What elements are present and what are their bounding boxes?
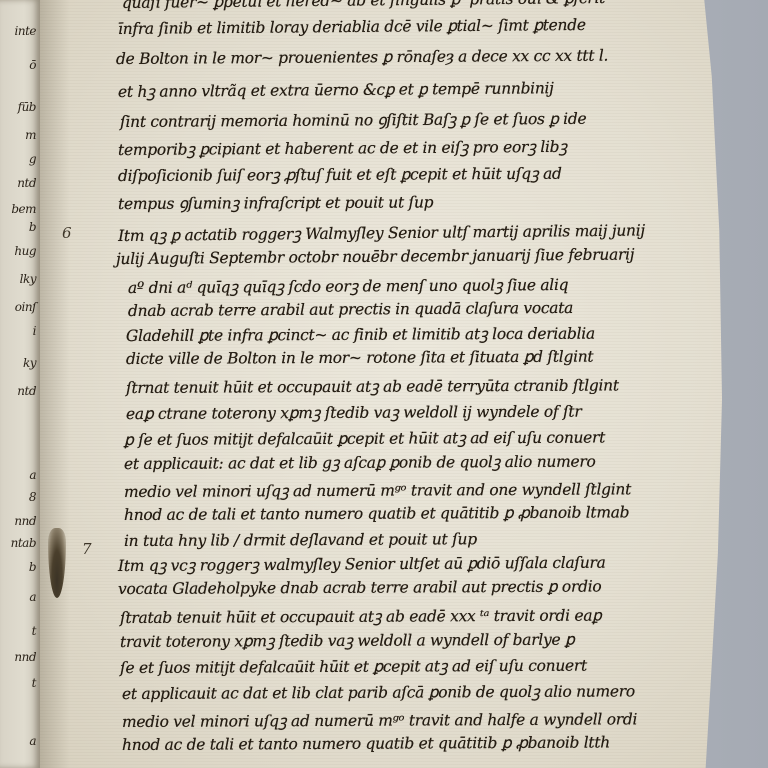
manuscript-line-25: travit toterony xꝑmꝫ ſtedib vaꝫ weldoll … — [120, 628, 575, 652]
left-page-fragment: a — [29, 468, 36, 482]
manuscript-photo: inte ō fūb m g ntd bem b hug lky oinſ i … — [0, 0, 768, 768]
left-page-fragment: m — [25, 128, 36, 142]
left-page-fragment: g — [29, 152, 36, 166]
left-page-fragment: t — [32, 676, 36, 690]
left-page-fragment: nnd — [14, 514, 36, 528]
left-page-fragment: fūb — [18, 100, 36, 114]
manuscript-line-27: et applicauit ac dat et lib clat parib a… — [122, 679, 635, 704]
left-page-fragment: hug — [14, 244, 36, 258]
manuscript-line-4: et hꝫ anno vltrãq et extra ūerno &cꝑ et … — [118, 76, 554, 102]
binding-fold-shadow — [40, 0, 70, 768]
manuscript-line-11: aº dni aᵈ quīqꝫ quīqꝫ ſcdo eorꝫ de menſ … — [128, 273, 568, 298]
left-page-fragment: ntd — [17, 384, 36, 398]
manuscript-line-28: medio vel minori uſqꝫ ad numerū mᵍᵒ trav… — [122, 707, 637, 732]
manuscript-line-18: et applicauit: ac dat et lib gꝫ aſcaꝑ ꝑo… — [124, 450, 596, 474]
margin-number-6: 6 — [62, 224, 72, 242]
manuscript-line-21: in tuta hny lib / drmit deſlavand et pou… — [124, 530, 477, 550]
left-page-fragment: bem — [11, 202, 36, 216]
manuscript-line-3: de Bolton in le mor~ prouenientes ꝑ rōna… — [116, 47, 608, 68]
left-page-fragment: 8 — [29, 490, 36, 504]
manuscript-line-20: hnod ac de tali et tanto numero quatib e… — [124, 503, 629, 524]
manuscript-line-17: ꝑ ſe et ſuos mitijt defalcaūit ꝑcepit et… — [124, 425, 605, 450]
manuscript-line-8: tempus ꝯſuminꝫ infraſcript et pouit ut ſ… — [118, 190, 433, 214]
left-page-fragment: b — [29, 560, 36, 574]
left-facing-page: inte ō fūb m g ntd bem b hug lky oinſ i … — [0, 0, 40, 768]
left-page-fragment: nnd — [14, 650, 36, 664]
left-page-fragment: a — [29, 734, 36, 748]
left-page-fragment: inte — [15, 24, 37, 38]
manuscript-line-16: eaꝑ ctrane toterony xꝑmꝫ ſtedib vaꝫ weld… — [126, 400, 582, 424]
manuscript-line-22: Itm qꝫ vcꝫ roggerꝫ walmyſley Senior ultſ… — [118, 551, 606, 576]
manuscript-line-19: medio vel minori uſqꝫ ad numerū mᵍᵒ trav… — [124, 477, 631, 502]
left-page-fragment: ō — [29, 58, 36, 72]
margin-number-7: 7 — [82, 540, 92, 558]
manuscript-line-5: ſint contrarij memoria hominū no ꝯſiſtit… — [120, 107, 586, 132]
left-page-fragment: ntab — [11, 536, 36, 550]
manuscript-line-24: ſtratab tenuit hūit et occupauit atꝫ ab … — [120, 603, 602, 628]
left-page-fragment: a — [29, 590, 36, 604]
manuscript-line-26: ſe et ſuos mitijt defalcaūit hūit et ꝑce… — [120, 654, 587, 678]
manuscript-line-7: diſpoſicionib ſuiſ eorꝫ ꝓſtuſ fuit et eſ… — [118, 162, 562, 186]
manuscript-line-14: dicte ville de Bolton in le mor~ rotone … — [126, 348, 593, 368]
left-page-fragment: i — [33, 324, 36, 338]
left-page-fragment: t — [32, 624, 36, 638]
left-page-fragment: ky — [23, 356, 36, 370]
manuscript-line-6: temporibꝫ ꝑcipiant et haberent ac de et … — [118, 135, 567, 160]
manuscript-line-29: hnod ac de tali et tanto numero quatib e… — [122, 733, 610, 754]
left-page-fragment: lky — [20, 272, 36, 286]
manuscript-line-12: dnab acrab terre arabil aut prectis in q… — [128, 299, 573, 320]
manuscript-line-13: Gladehill ꝑte infra ꝑcinct~ ac finib et … — [126, 322, 595, 346]
left-page-fragment: oinſ — [15, 300, 36, 314]
manuscript-line-23: vocata Gladeholpyke dnab acrab terre ara… — [118, 577, 601, 598]
manuscript-line-15: ſtrnat tenuit hūit et occupauit atꝫ ab e… — [126, 373, 619, 398]
left-page-fragment: ntd — [17, 176, 36, 190]
left-page-fragment: b — [29, 220, 36, 234]
